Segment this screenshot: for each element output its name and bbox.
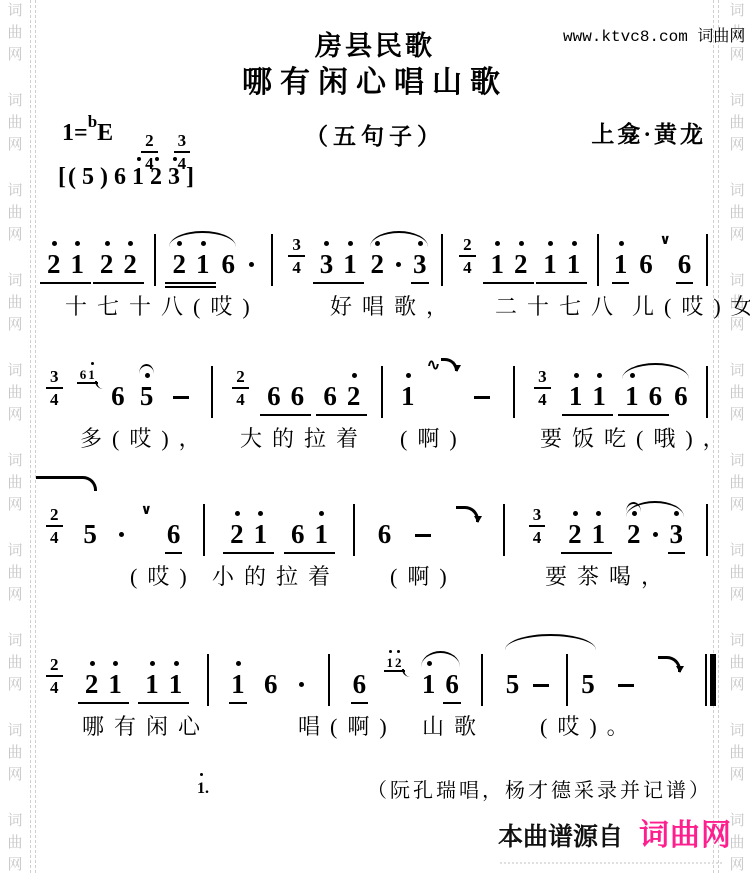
note: 2 <box>100 251 114 278</box>
note-digit: 1 <box>169 669 183 699</box>
watermark-char: 网 <box>3 674 27 696</box>
note-digit: 2 <box>347 381 361 411</box>
barline <box>271 234 273 286</box>
music-line: 212221634312324121116∨6十七十八(哎)好唱歌，二十七八儿(… <box>40 198 716 322</box>
notation-row: 242111166121655 <box>40 618 716 698</box>
note: 1 <box>145 671 159 698</box>
note: 1 <box>343 251 357 278</box>
barline <box>441 234 443 286</box>
beamed-group: 21 <box>167 251 214 278</box>
watermark-group: 词曲网 <box>3 630 27 696</box>
watermark-char: 词 <box>3 810 27 832</box>
time-signature: 24 <box>46 504 63 548</box>
watermark-char: 网 <box>725 584 749 606</box>
note-digit: 2 <box>47 249 61 279</box>
note-digit: 6 <box>323 381 337 411</box>
note: 3 <box>320 251 334 278</box>
octave-dot <box>574 373 579 378</box>
octave-dot <box>128 241 133 246</box>
watermark-char: 曲 <box>3 832 27 854</box>
watermark-char: 词 <box>3 360 27 382</box>
octave-dot <box>91 362 94 365</box>
watermark-char: 网 <box>3 764 27 786</box>
intro-note: 5 <box>82 164 96 191</box>
barline <box>203 504 205 556</box>
beam-line <box>483 282 534 284</box>
beamed-group: 11 <box>564 383 611 410</box>
barline <box>706 366 708 418</box>
intro-note: 2 <box>150 164 164 191</box>
watermark-char: 词 <box>3 540 27 562</box>
beam-line <box>536 282 587 284</box>
watermark-group: 词曲网 <box>3 810 27 873</box>
note-digit: 1 <box>567 249 581 279</box>
note-digit: 6 <box>267 381 281 411</box>
note: 6 <box>649 383 663 410</box>
slur-group: 166 <box>618 383 693 410</box>
note-digit: 6 <box>445 669 459 699</box>
grace-note: 1 <box>387 656 394 669</box>
note: 1 <box>490 251 504 278</box>
note-digit: 2 <box>172 249 186 279</box>
note-digit: 1 <box>231 669 245 699</box>
slur-group: 55 <box>501 654 600 698</box>
intro-note: 6 <box>114 164 128 191</box>
intro-note: 1 <box>132 164 146 191</box>
octave-dot <box>597 373 602 378</box>
watermark-group: 词曲网 <box>725 720 749 786</box>
underline <box>229 702 247 704</box>
note-digit: 2 <box>514 249 528 279</box>
watermark-char: 曲 <box>725 742 749 764</box>
intro-phrase: [(5)6123] <box>56 164 198 191</box>
watermark-char: 网 <box>725 674 749 696</box>
note: 6 <box>167 521 181 548</box>
watermark-group: 词曲网 <box>3 720 27 786</box>
note-digit: 6 <box>678 249 692 279</box>
watermark-char: 词 <box>3 720 27 742</box>
breath-mark: ∨ <box>141 504 152 518</box>
barline <box>211 366 213 418</box>
bottom-dotted-line <box>500 862 722 864</box>
note: 6 <box>111 383 125 410</box>
beamed-group: 21 <box>42 251 89 278</box>
duration-dot <box>119 532 124 537</box>
intro-note: ] <box>186 164 196 191</box>
note: 1 <box>196 251 210 278</box>
note-digit: 6 <box>264 669 278 699</box>
note-digit: 6 <box>378 519 392 549</box>
lyric-segment: (啊) <box>400 422 467 453</box>
octave-dot <box>113 661 118 666</box>
lyric-segment: 多(哎)， <box>80 422 211 453</box>
barline <box>154 234 156 286</box>
intro-note: [( <box>58 164 78 191</box>
octave-dot <box>75 241 80 246</box>
barline <box>328 654 330 706</box>
barline <box>513 366 515 418</box>
note: 6 <box>323 383 337 410</box>
underline <box>443 702 461 704</box>
meter-numerator: 3 <box>534 366 551 389</box>
octave-dot <box>90 661 95 666</box>
octave-dot <box>174 661 179 666</box>
note: 2 <box>514 251 528 278</box>
underline <box>612 282 630 284</box>
watermark-char: 词 <box>3 0 27 22</box>
note: 2 <box>371 251 385 278</box>
lyric-segment: 山歌 <box>422 710 486 741</box>
octave-dot <box>596 511 601 516</box>
lyric-segment: 哪有闲心 <box>82 710 210 741</box>
watermark-char: 词 <box>725 0 749 22</box>
note-digit: 1 <box>422 669 436 699</box>
octave-dot <box>173 157 177 161</box>
note: 1 <box>569 383 583 410</box>
lyric-segment: 要茶喝， <box>545 560 673 591</box>
barline <box>706 504 708 556</box>
lyric-segment: 唱(啊) <box>298 710 397 741</box>
watermark-group: 词曲网 <box>725 450 749 516</box>
watermark-char: 词 <box>725 540 749 562</box>
brand-name: 词曲网 <box>639 810 732 854</box>
note-digit: 1 <box>625 381 639 411</box>
lyric-segment: 大的拉着 <box>240 422 368 453</box>
octave-dot <box>319 511 324 516</box>
octave-dot <box>630 373 635 378</box>
barline <box>597 234 599 286</box>
watermark-char: 网 <box>725 764 749 786</box>
meter-numerator: 2 <box>46 504 63 527</box>
note: 1 <box>315 521 329 548</box>
note: 1 <box>567 251 581 278</box>
note-digit: 1 <box>254 519 268 549</box>
note: 1 <box>401 383 415 410</box>
slur-group: 23 <box>622 521 688 548</box>
watermark-char: 曲 <box>3 562 27 584</box>
note: 5 <box>506 671 520 698</box>
note: 6 <box>264 671 278 698</box>
note: 3 <box>670 521 684 548</box>
sheet-music-page: 词曲网词曲网词曲网词曲网词曲网词曲网词曲网词曲网词曲网词曲网 词曲网词曲网词曲网… <box>0 0 750 873</box>
grace-note: 6 <box>80 368 87 381</box>
watermark-char: 曲 <box>725 202 749 224</box>
lyric-row: 哪有闲心唱(啊)山歌(哎)。 <box>40 710 716 742</box>
fall-arrow <box>441 358 458 371</box>
note: 1 <box>592 521 606 548</box>
slur-group: 23 <box>366 251 432 278</box>
note-digit: 5 <box>83 519 97 549</box>
beamed-group: 12 <box>485 251 532 278</box>
meter-denominator: 4 <box>46 527 63 548</box>
beamed-group: 11 <box>140 671 187 698</box>
grace-notes: 12 <box>384 656 405 672</box>
watermark-char: 曲 <box>725 382 749 404</box>
note-digit: 5 <box>581 669 595 699</box>
music-line: 245∨621616342123(哎)小的拉着(啊)要茶喝， <box>40 468 716 592</box>
time-signature: 34 <box>534 366 551 410</box>
note-digit: 1 <box>614 249 628 279</box>
note-digit: 1 <box>543 249 557 279</box>
octave-dot <box>352 373 357 378</box>
note: 2 <box>172 251 186 278</box>
note: 6 <box>267 383 281 410</box>
note: 6 <box>291 521 305 548</box>
note: 1 <box>614 251 628 278</box>
time-signature: 24 <box>232 366 249 410</box>
note: 2 <box>85 671 99 698</box>
watermark-char: 网 <box>3 224 27 246</box>
note-digit: 6 <box>291 519 305 549</box>
octave-dot <box>495 241 500 246</box>
fall-arrow <box>658 656 681 672</box>
note-digit: 2 <box>85 669 99 699</box>
duration-dash <box>474 396 490 399</box>
octave-dot <box>619 241 624 246</box>
beamed-group: 62 <box>318 383 365 410</box>
octave-dot <box>418 241 423 246</box>
octave-dot <box>235 511 240 516</box>
watermark-char: 网 <box>725 224 749 246</box>
note-digit: 6 <box>649 381 663 411</box>
watermark-group: 词曲网 <box>3 360 27 426</box>
underline <box>676 282 694 284</box>
note: 1 <box>231 671 245 698</box>
watermark-char: 词 <box>3 450 27 472</box>
note-digit: 2 <box>627 519 641 549</box>
watermark-char: 网 <box>3 584 27 606</box>
duration-dash <box>173 396 189 399</box>
beam-line <box>138 702 189 704</box>
duration-dash <box>415 534 431 537</box>
note-digit: 3 <box>670 519 684 549</box>
watermark-char: 词 <box>3 630 27 652</box>
note: 2 <box>123 251 137 278</box>
watermark-char: 网 <box>3 854 27 873</box>
lyric-segment: 十七十八(哎) <box>65 290 260 321</box>
watermark-char: 网 <box>3 404 27 426</box>
slur-arc <box>505 634 596 650</box>
watermark-char: 词 <box>3 270 27 292</box>
note-digit: 1 <box>71 249 85 279</box>
octave-dot <box>137 157 141 161</box>
beam-line <box>316 414 367 416</box>
time-signature: 34 <box>529 504 546 548</box>
note: 1 <box>254 521 268 548</box>
music-line: 242111166121655哪有闲心唱(啊)山歌(哎)。 <box>40 618 716 742</box>
note: 3 <box>413 251 427 278</box>
note: 1 <box>108 671 122 698</box>
breath-mark: ∨ <box>660 234 671 248</box>
duration-dot <box>299 682 304 687</box>
note: 6 <box>678 251 692 278</box>
note: 2 <box>347 383 361 410</box>
beam-line <box>562 414 613 416</box>
watermark-char: 词 <box>725 180 749 202</box>
note-digit: 1 <box>196 249 210 279</box>
beam-line <box>93 282 144 284</box>
note-digit: 6 <box>353 669 367 699</box>
lyric-segment: 儿(哎)女 <box>632 290 750 321</box>
fall-arrow <box>456 506 479 522</box>
octave-dot <box>150 661 155 666</box>
note: 6 <box>353 671 367 698</box>
note: 1 <box>592 383 606 410</box>
meter-denominator: 4 <box>232 389 249 410</box>
beamed-group: 21 <box>80 671 127 698</box>
octave-dot <box>548 241 553 246</box>
slur-group: 216 <box>165 251 240 278</box>
note-digit: 1 <box>145 669 159 699</box>
beam-line <box>78 702 129 704</box>
watermark-char: 词 <box>725 720 749 742</box>
octave-dot <box>389 650 392 653</box>
meter-numerator: 3 <box>529 504 546 527</box>
note: 2 <box>568 521 582 548</box>
note: 1 <box>543 251 557 278</box>
barline <box>705 654 707 706</box>
note-digit: 3 <box>320 249 334 279</box>
watermark-group: 词曲网 <box>725 540 749 606</box>
note-digit: 1 <box>592 381 606 411</box>
duration-dash <box>533 684 549 687</box>
beam-line <box>165 286 216 288</box>
octave-dot <box>201 241 206 246</box>
note: 5 <box>83 521 97 548</box>
watermark-group: 词曲网 <box>3 180 27 246</box>
meter-denominator: 4 <box>46 389 63 410</box>
time-signature: 24 <box>46 654 63 698</box>
meter-denominator: 4 <box>288 257 305 278</box>
octave-dot <box>236 661 241 666</box>
beamed-group: 21 <box>563 521 610 548</box>
mordent-mark: ∿ <box>427 358 458 374</box>
watermark-char: 网 <box>3 314 27 336</box>
collector-credits: （阮孔瑞唱，杨才德采录并记谱） <box>367 774 712 803</box>
final-barline <box>705 654 716 706</box>
note: 1 <box>422 671 436 698</box>
note: 1 <box>169 671 183 698</box>
watermark-char: 曲 <box>3 742 27 764</box>
beamed-group: 31 <box>315 251 362 278</box>
note: 5 <box>581 671 595 698</box>
beam-line <box>284 552 335 554</box>
lyric-segment: (啊) <box>390 560 457 591</box>
note: 1 <box>625 383 639 410</box>
time-signature: 34 <box>288 234 305 278</box>
note: 1 <box>71 251 85 278</box>
underline <box>668 552 686 554</box>
source-prefix: 本曲谱源自 <box>498 817 623 853</box>
time-signature: 34 <box>46 366 63 410</box>
grace-note: 2 <box>395 656 402 669</box>
octave-dot <box>406 373 411 378</box>
meter-numerator: 2 <box>232 366 249 389</box>
meter-numerator: 3 <box>288 234 305 257</box>
meter-numerator: 2 <box>459 234 476 257</box>
note-digit: 2 <box>123 249 137 279</box>
watermark-char: 曲 <box>3 292 27 314</box>
duration-dot <box>249 262 254 267</box>
beamed-group: 66 <box>262 383 309 410</box>
beam-line <box>223 552 274 554</box>
watermark-group: 词曲网 <box>3 450 27 516</box>
note-digit: 5 <box>506 669 520 699</box>
song-title: 哪有闲心唱山歌 <box>0 57 750 101</box>
note: 2 <box>627 521 641 548</box>
duration-dash <box>618 684 634 687</box>
barline <box>566 654 568 706</box>
source-attribution: 本曲谱源自 词曲网 <box>498 810 732 854</box>
note-digit: 5 <box>140 381 154 411</box>
watermark-group: 词曲网 <box>725 360 749 426</box>
note-digit: 2 <box>568 519 582 549</box>
note-digit: 1 <box>315 519 329 549</box>
meter-denominator: 4 <box>459 257 476 278</box>
beam-line <box>165 282 216 284</box>
watermark-char: 曲 <box>725 472 749 494</box>
notation-row: 212221634312324121116∨6 <box>40 198 716 278</box>
barline <box>481 654 483 706</box>
lyric-segment: 小的拉着 <box>212 560 340 591</box>
intro-note: 3 <box>168 164 182 191</box>
duration-dot <box>396 262 401 267</box>
octave-dot <box>52 241 57 246</box>
octave-dot <box>155 157 159 161</box>
beam-line <box>618 414 669 416</box>
underline <box>411 282 429 284</box>
meter-numerator: 3 <box>46 366 63 389</box>
note-digit: 1 <box>569 381 583 411</box>
tie-continuation <box>36 476 97 491</box>
octave-dot <box>200 773 203 776</box>
watermark-char: 词 <box>725 450 749 472</box>
beam-line <box>313 282 364 284</box>
grace-note: 1 <box>88 368 95 381</box>
octave-dot <box>105 241 110 246</box>
underline <box>165 552 183 554</box>
note-digit: 2 <box>371 249 385 279</box>
slur-group: 16 <box>417 671 464 698</box>
beamed-group: 16 <box>620 383 667 410</box>
watermark-char: 词 <box>725 270 749 292</box>
lyric-segment: 二十七八 <box>495 290 623 321</box>
watermark-char: 曲 <box>3 472 27 494</box>
note: 5 <box>140 383 154 410</box>
note-digit: 1 <box>108 669 122 699</box>
note-digit: 6 <box>221 249 235 279</box>
octave-dot <box>324 241 329 246</box>
note: 6 <box>445 671 459 698</box>
lyric-segment: 好唱歌， <box>330 290 458 321</box>
slur-cap <box>139 364 154 374</box>
beamed-group: 61 <box>286 521 333 548</box>
region-author: 上龛·黄龙 <box>591 116 706 149</box>
note-digit: 6 <box>291 381 305 411</box>
note-digit: 1 <box>490 249 504 279</box>
meter-denominator: 4 <box>46 677 63 698</box>
notation-row: 3461652466621∿3411166 <box>40 330 716 410</box>
note-digit: 1 <box>401 381 415 411</box>
music-line: 3461652466621∿3411166多(哎)，大的拉着(啊)要饭吃(哦)， <box>40 330 716 454</box>
lyric-segment: (哎)。 <box>540 710 639 741</box>
notation-row: 245∨621616342123 <box>40 468 716 548</box>
meter-denominator: 4 <box>529 527 546 548</box>
watermark-char: 网 <box>725 494 749 516</box>
lyric-row: 十七十八(哎)好唱歌，二十七八儿(哎)女 <box>40 290 716 322</box>
note-digit: 2 <box>100 249 114 279</box>
watermark-char: 网 <box>3 494 27 516</box>
